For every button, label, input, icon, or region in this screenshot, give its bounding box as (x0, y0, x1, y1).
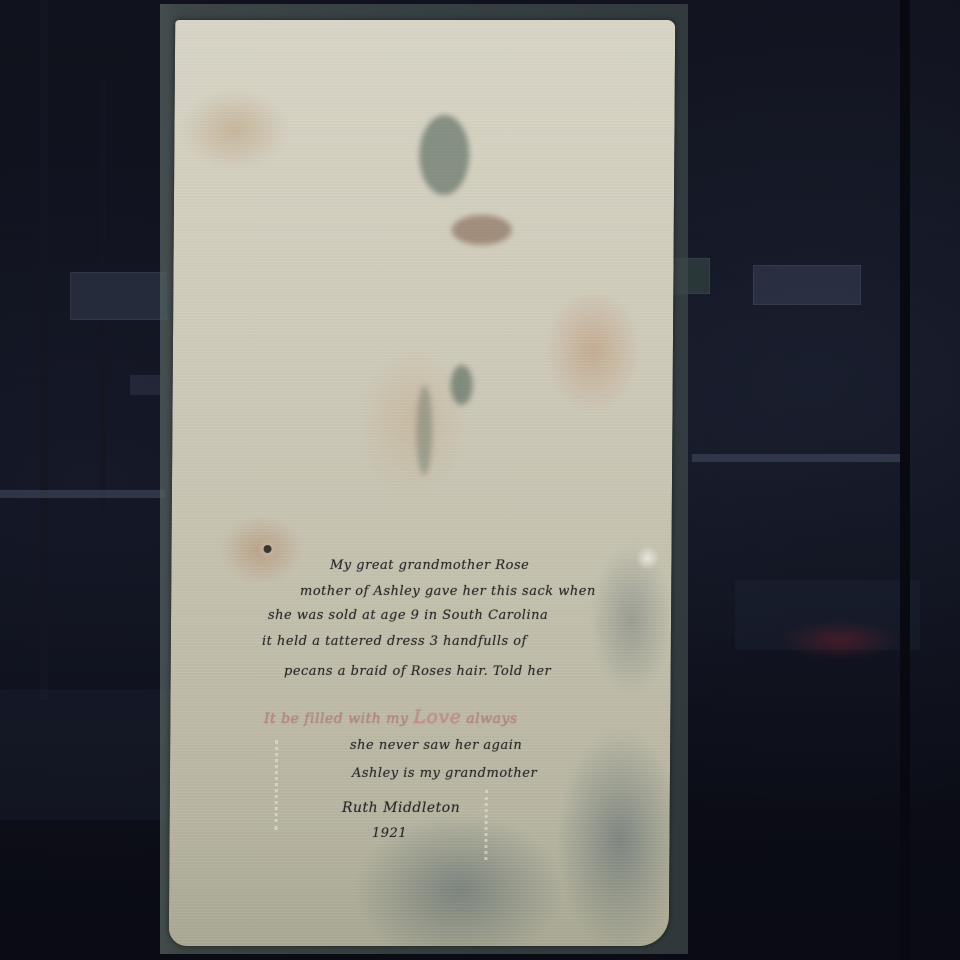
case-frame-right (900, 0, 910, 960)
museum-display-scene: My great grandmother Rose mother of Ashl… (0, 0, 960, 960)
stain (419, 115, 470, 195)
pink-text-after: always (461, 711, 517, 727)
reflected-shelf-right (692, 454, 900, 462)
reflected-panel-left (130, 375, 160, 395)
case-frame-left (40, 0, 48, 700)
embroidery-line-3: she was sold at age 9 in South Carolina (268, 608, 548, 623)
embroidery-signature: Ruth Middleton (342, 800, 460, 816)
reflected-label-left (70, 272, 167, 320)
cloth-hole (264, 545, 272, 553)
pink-text-before: It be filled with my (264, 711, 413, 727)
reflected-floor-left (0, 690, 170, 820)
embroidery-line-8: Ashley is my grandmother (352, 766, 537, 781)
embroidery-year: 1921 (372, 826, 407, 841)
embroidery-line-7: she never saw her again (350, 738, 522, 753)
stain (451, 365, 473, 405)
stitch-seam (275, 740, 279, 830)
reflected-shelf-left (0, 490, 165, 498)
embroidery-line-4: it held a tattered dress 3 handfulls of (262, 634, 527, 649)
frayed-edge (636, 545, 658, 571)
pink-text-love: Love (413, 706, 461, 728)
reflected-label-right-2 (753, 265, 861, 305)
embroidery-line-6-pink: It be filled with my Love always (264, 706, 518, 728)
stain (452, 215, 512, 245)
stain (416, 385, 433, 475)
embroidery-line-5: pecans a braid of Roses hair. Told her (284, 664, 551, 679)
reflected-red-light (780, 620, 900, 660)
embroidery-line-2: mother of Ashley gave her this sack when (300, 584, 596, 599)
stitch-seam (484, 790, 487, 860)
embroidery-line-1: My great grandmother Rose (330, 558, 529, 573)
